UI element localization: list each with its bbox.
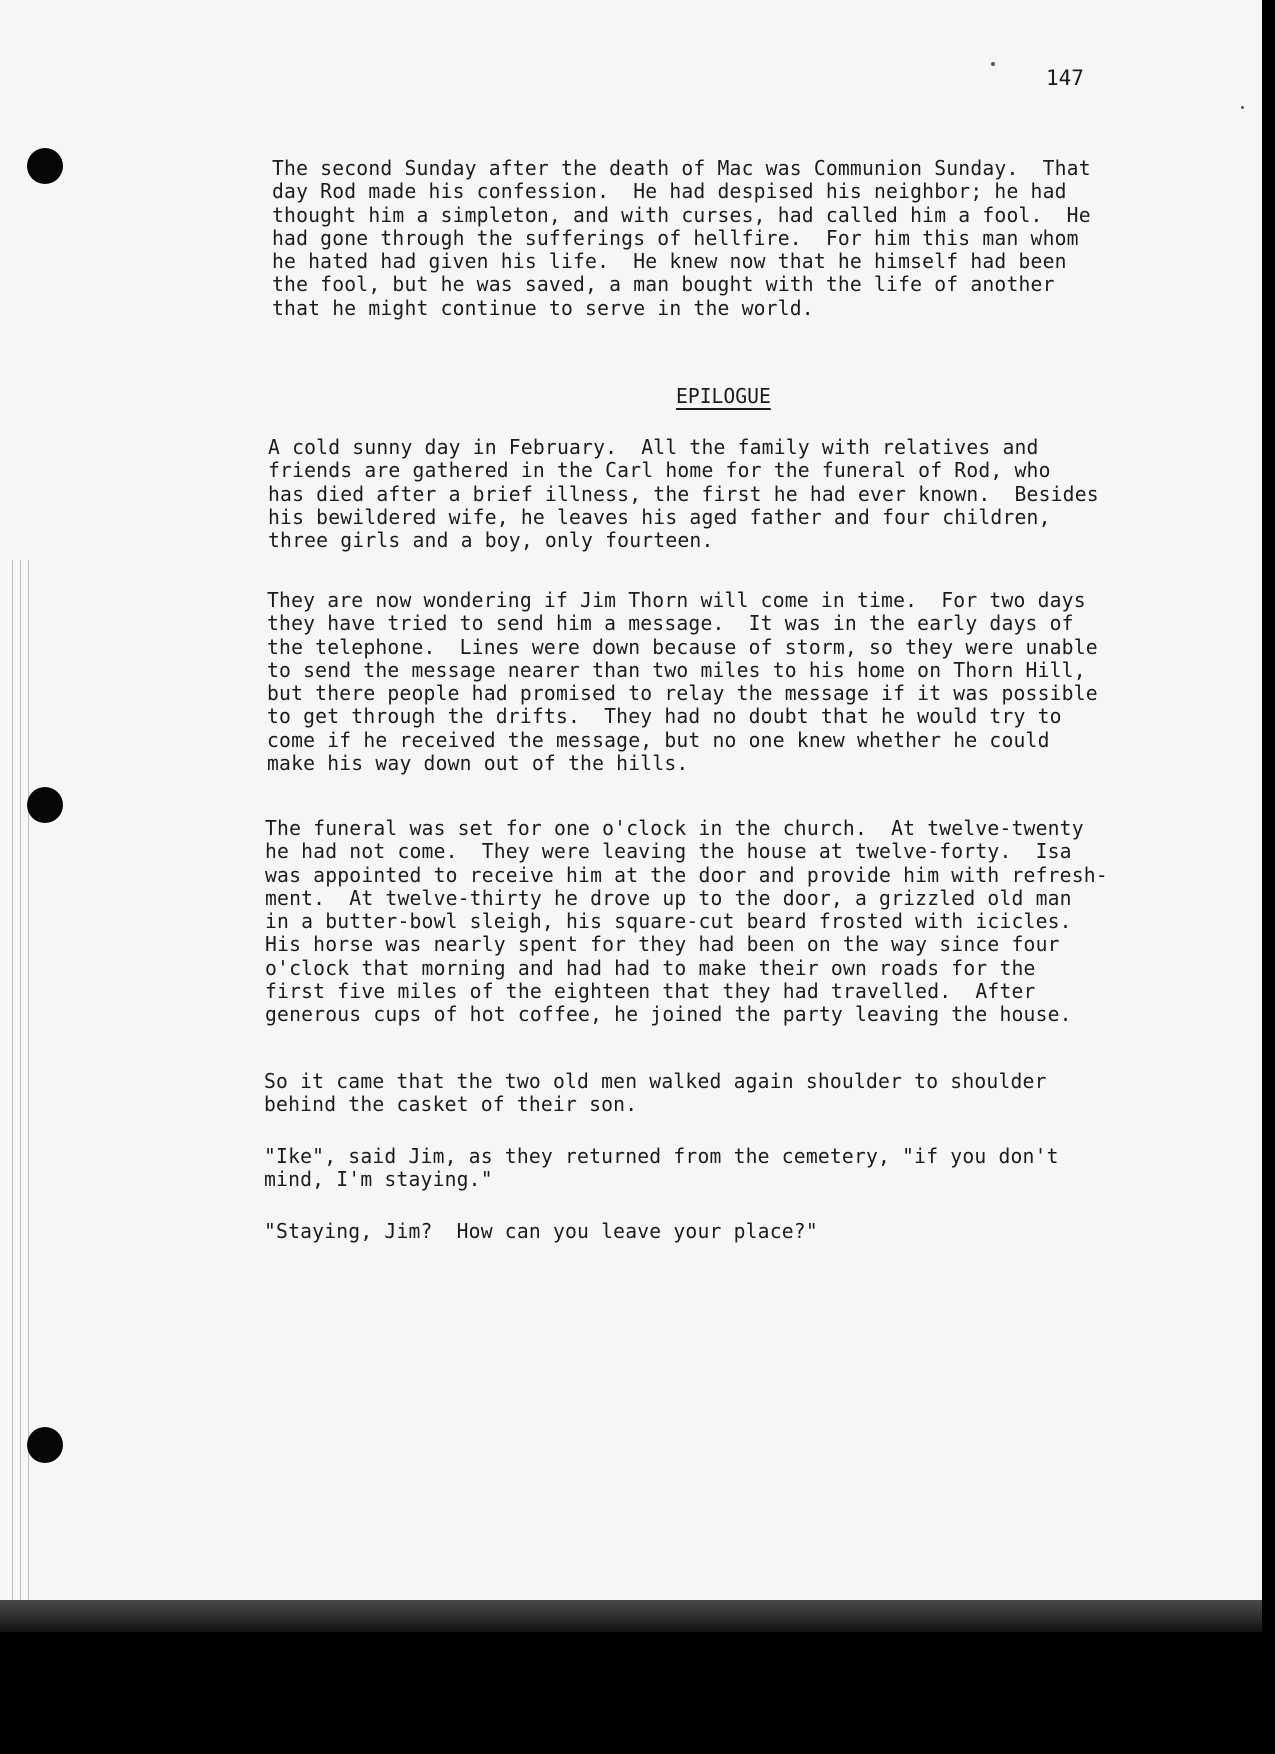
scanner-shadow-band: [0, 1600, 1262, 1632]
punch-hole-icon: [27, 787, 63, 823]
paragraph-jim-thorn: They are now wondering if Jim Thorn will…: [267, 589, 1098, 775]
section-heading-epilogue: EPILOGUE: [676, 384, 771, 408]
punch-hole-icon: [27, 148, 63, 184]
paragraph-funeral-arrival: The funeral was set for one o'clock in t…: [265, 817, 1108, 1027]
paragraph-staying-dialogue: "Staying, Jim? How can you leave your pl…: [264, 1220, 818, 1243]
paragraph-shoulder-to-shoulder: So it came that the two old men walked a…: [264, 1070, 1047, 1117]
punch-hole-icon: [27, 1427, 63, 1463]
paragraph-ike-dialogue: "Ike", said Jim, as they returned from t…: [264, 1145, 1059, 1192]
scan-speck: [1241, 106, 1244, 109]
page-number: 147: [1046, 66, 1084, 90]
paragraph-confession: The second Sunday after the death of Mac…: [272, 157, 1091, 320]
paragraph-funeral-intro: A cold sunny day in February. All the fa…: [268, 436, 1099, 552]
scan-speck: [991, 62, 995, 66]
